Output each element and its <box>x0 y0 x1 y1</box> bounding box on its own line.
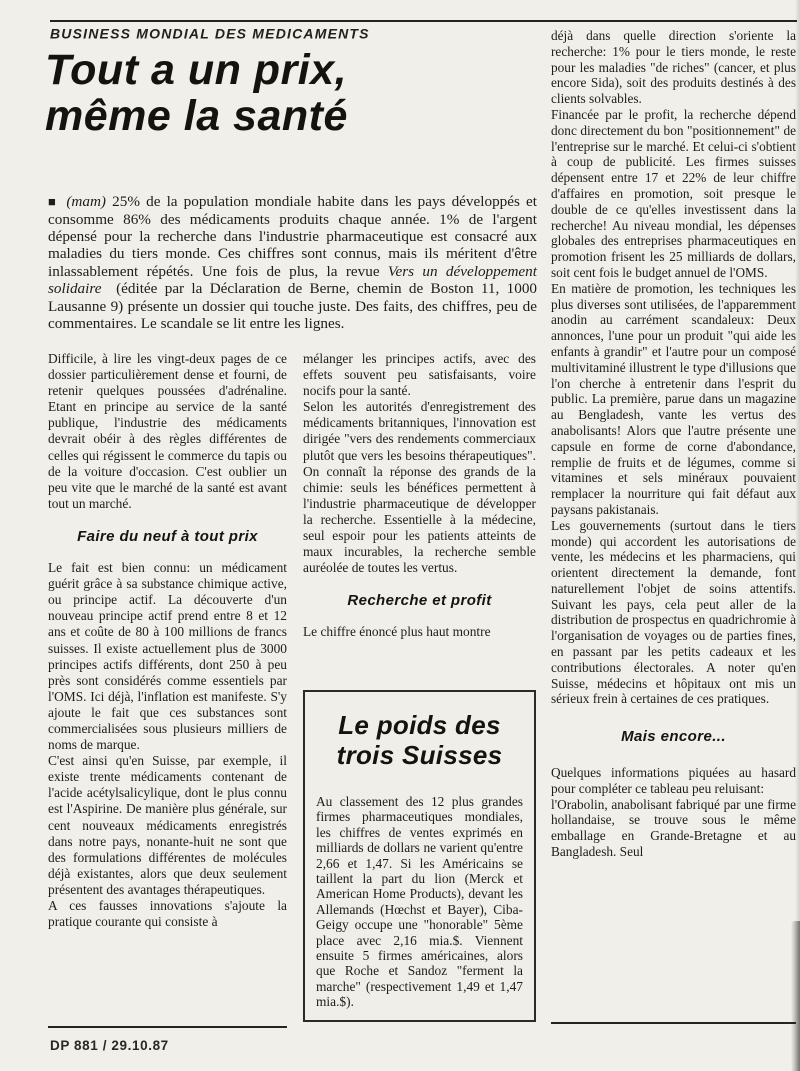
sidebar-box: Le poids des trois Suisses Au classement… <box>303 690 536 1022</box>
paragraph: A ces fausses innovations s'ajoute la pr… <box>48 898 287 930</box>
paragraph: C'est ainsi qu'en Suisse, par exemple, i… <box>48 753 287 898</box>
sidebar-title: Le poids des trois Suisses <box>316 710 523 770</box>
middle-column: mélanger les principes actifs, avec des … <box>303 351 536 681</box>
left-column: Difficile, à lire les vingt-deux pages d… <box>48 351 287 1011</box>
sidebar-body: Au classement des 12 plus grandes firmes… <box>316 794 523 1010</box>
scan-artifact <box>791 921 800 1071</box>
article-title-line-1: Tout a un prix, <box>45 46 347 94</box>
paragraph: Selon les autorités d'enregistrement des… <box>303 399 536 576</box>
lead-byline: (mam) <box>66 193 106 210</box>
paragraph: mélanger les principes actifs, avec des … <box>303 351 536 399</box>
article-title-line-2: même la santé <box>45 92 348 140</box>
issue-footer: DP 881 / 29.10.87 <box>50 1038 169 1053</box>
sidebar-title-line-1: Le poids des <box>338 710 501 740</box>
bottom-rule-left <box>48 1026 287 1028</box>
paragraph: Financée par le profit, la recherche dép… <box>551 107 796 281</box>
section-subhead: Faire du neuf à tout prix <box>48 529 287 545</box>
lead-paragraph: ■ (mam) 25% de la population mondiale ha… <box>48 193 537 332</box>
lead-text-2: (éditée par la Déclaration de Berne, che… <box>48 280 537 332</box>
section-subhead: Recherche et profit <box>303 593 536 609</box>
paragraph: l'Orabolin, anabolisant fabriqué par une… <box>551 797 796 860</box>
right-column: déjà dans quelle direction s'oriente la … <box>551 28 796 1013</box>
paragraph: déjà dans quelle direction s'oriente la … <box>551 28 796 107</box>
top-rule-divider <box>50 20 797 22</box>
paragraph: Le fait est bien connu: un médicament gu… <box>48 560 287 753</box>
article-title: Tout a un prix, même la santé <box>45 47 545 139</box>
magazine-page: BUSINESS MONDIAL DES MEDICAMENTS Tout a … <box>0 0 800 1071</box>
paragraph: En matière de promotion, les techniques … <box>551 281 796 518</box>
section-subhead: Mais encore... <box>551 729 796 745</box>
scan-edge-shade <box>795 0 800 1071</box>
sidebar-title-line-2: trois Suisses <box>337 740 503 770</box>
paragraph: Les gouvernements (surtout dans le tiers… <box>551 518 796 708</box>
bottom-rule-right <box>551 1022 796 1024</box>
paragraph: Quelques informations piquées au hasard … <box>551 765 796 797</box>
article-kicker: BUSINESS MONDIAL DES MEDICAMENTS <box>50 26 530 41</box>
paragraph: Le chiffre énoncé plus haut montre <box>303 624 536 640</box>
square-bullet-icon: ■ <box>48 194 60 209</box>
paragraph: Difficile, à lire les vingt-deux pages d… <box>48 351 287 512</box>
